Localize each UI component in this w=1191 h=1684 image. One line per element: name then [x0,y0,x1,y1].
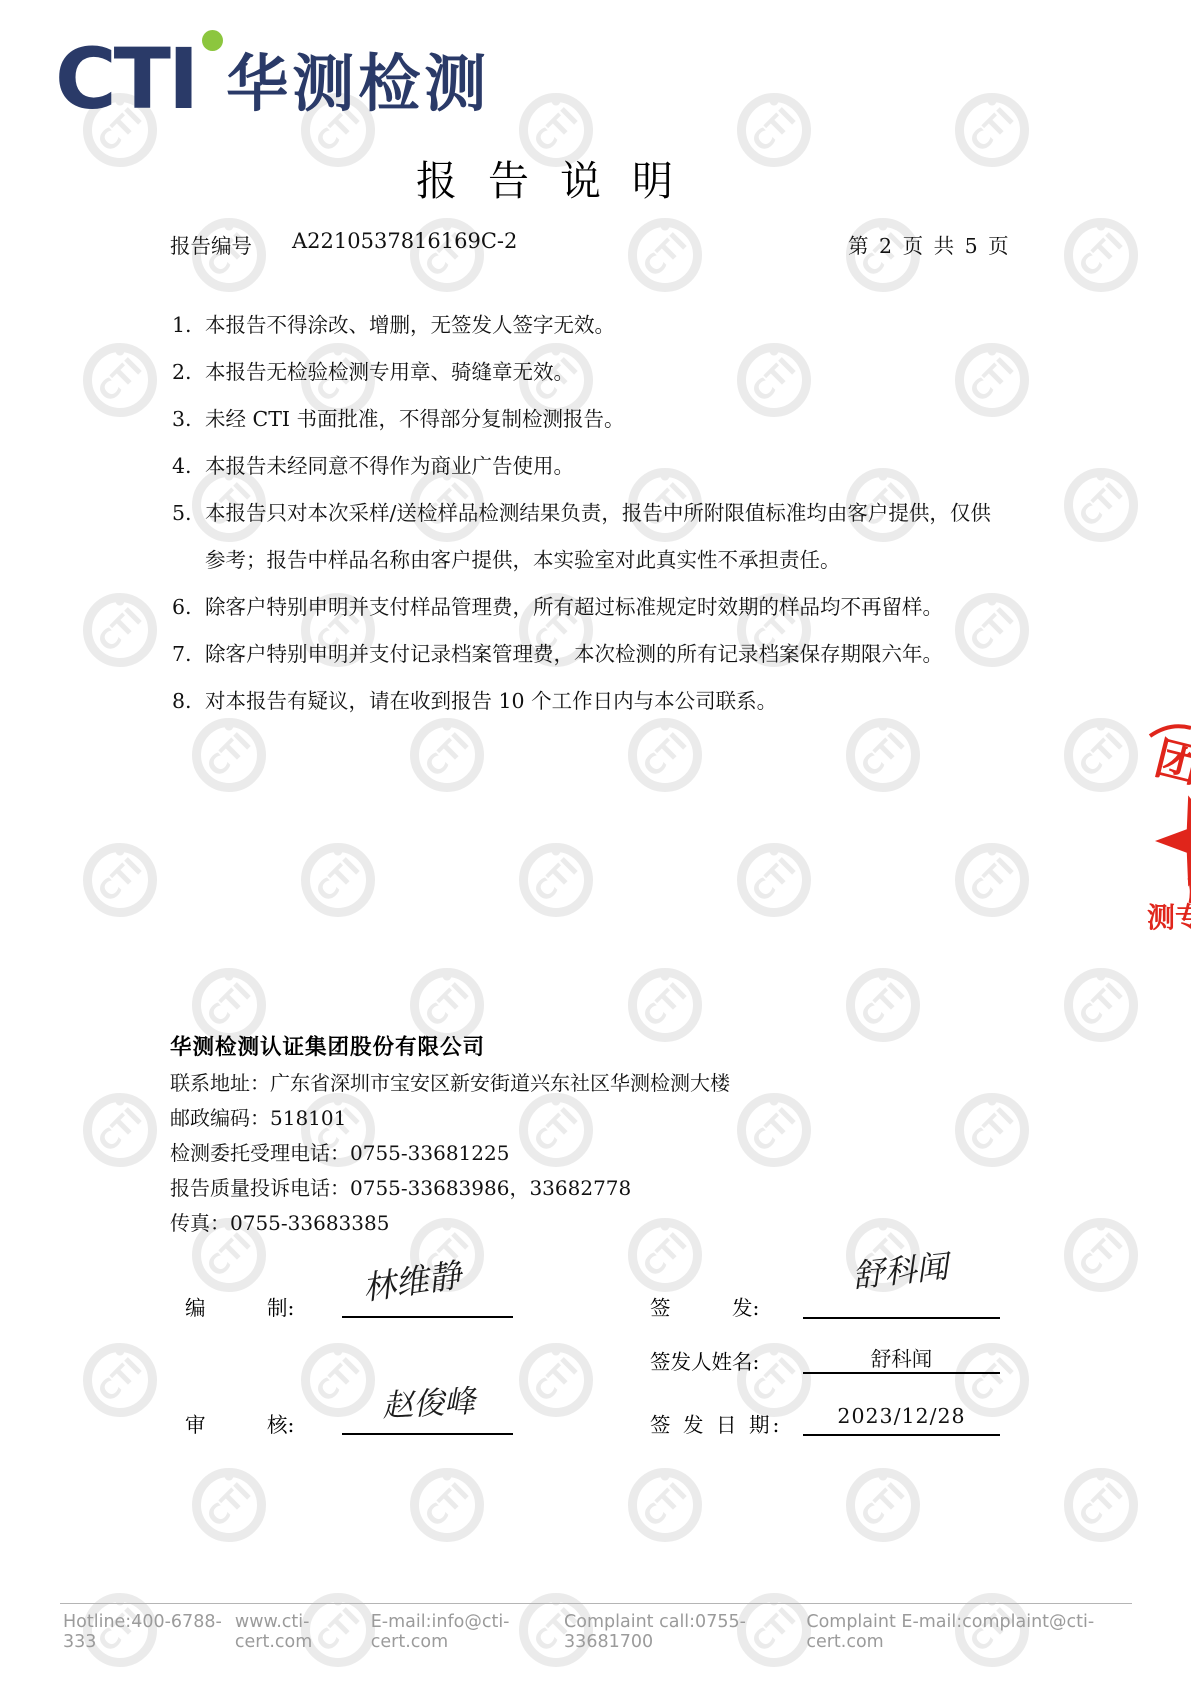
footer: Hotline:400-6788-333 www.cti-cert.com E-… [63,1612,1133,1652]
issuer-name-value: 舒科闻 [803,1342,1000,1372]
prepared-by-label: 编 制: [185,1291,294,1321]
cti-watermark-icon: CTI [68,828,173,933]
cti-watermark-icon: CTI [68,1078,173,1183]
cti-watermark-icon: CTI [1049,703,1154,808]
report-no-value: A2210537816169C-2 [292,229,517,253]
cti-watermark-icon: CTI [504,1328,609,1433]
note-item: 3. 未经 CTI 书面批准，不得部分复制检测报告。 [172,396,1042,443]
note-number: 3. [172,396,205,443]
issue-date-line [803,1434,1000,1436]
cti-logo-text: CTI [55,35,196,123]
note-text: 未经 CTI 书面批准，不得部分复制检测报告。 [205,396,625,443]
note-number: 7. [172,631,205,678]
note-item: 6. 除客户特别申明并支付样品管理费，所有超过标准规定时效期的样品均不再留样。 [172,584,1042,631]
issued-signature-line [803,1317,1000,1319]
note-number: 1. [172,302,205,349]
note-number: 8. [172,678,205,725]
cti-watermark-icon: CTI [286,1328,391,1433]
company-contact-line: 报告质量投诉电话：0755-33683986，33682778 [170,1171,730,1206]
company-contact-block: 联系地址：广东省深圳市宝安区新安街道兴东社区华测检测大楼 邮政编码：518101… [170,1066,730,1241]
cti-logo: CTI 华测检测 [55,34,490,123]
issuer-name-line [803,1372,1000,1374]
cti-watermark-icon: CTI [831,1453,936,1558]
cti-watermark-icon: CTI [940,828,1045,933]
note-item: 4. 本报告未经同意不得作为商业广告使用。 [172,443,1042,490]
note-text: 除客户特别申明并支付记录档案管理费，本次检测的所有记录档案保存期限六年。 [205,631,943,678]
footer-divider [60,1603,1132,1604]
note-text: 本报告不得涂改、增删，无签发人签字无效。 [205,302,615,349]
note-text: 本报告只对本次采样/送检样品检测结果负责，报告中所附限值标准均由客户提供，仅供 … [205,490,991,584]
prepared-signature-line [342,1316,513,1318]
company-contact-line: 联系地址：广东省深圳市宝安区新安街道兴东社区华测检测大楼 [170,1066,730,1101]
cti-watermark-icon: CTI [613,953,718,1058]
note-item: 2. 本报告无检验检测专用章、骑缝章无效。 [172,349,1042,396]
cti-watermark-icon: CTI [722,1078,827,1183]
cti-watermark-icon: CTI [613,1453,718,1558]
note-text: 本报告未经同意不得作为商业广告使用。 [205,443,574,490]
footer-item: E-mail:info@cti-cert.com [371,1612,564,1652]
cti-watermark-icon: CTI [831,953,936,1058]
report-page: CTICTICTICTICTICTICTICTICTICTICTICTICTIC… [0,0,1191,1684]
cti-watermark-icon: CTI [1049,953,1154,1058]
red-seal-stamp: 团 测专 [1146,718,1191,938]
issuer-name-label: 签发人姓名: [650,1345,759,1375]
note-text: 本报告无检验检测专用章、骑缝章无效。 [205,349,574,396]
note-number: 4. [172,443,205,490]
cti-watermark-icon: CTI [504,828,609,933]
cti-watermark-icon: CTI [1049,203,1154,308]
note-text: 对本报告有疑议，请在收到报告 10 个工作日内与本公司联系。 [205,678,777,725]
report-no-label: 报告编号 [170,229,252,259]
note-item: 8. 对本报告有疑议，请在收到报告 10 个工作日内与本公司联系。 [172,678,1042,725]
footer-item: Hotline:400-6788-333 [63,1612,235,1652]
issued-by-label: 签 发: [650,1291,759,1321]
cti-watermark-icon: CTI [395,1453,500,1558]
cti-watermark-icon: CTI [1049,453,1154,558]
cti-watermark-icon: CTI [1049,1453,1154,1558]
note-number: 5. [172,490,205,584]
cti-watermark-icon: CTI [940,78,1045,183]
page-indicator: 第 2 页 共 5 页 [848,229,1011,259]
green-dot-icon [202,30,223,51]
company-contact-line: 邮政编码：518101 [170,1101,730,1136]
issue-date-label: 签 发 日 期: [650,1408,782,1438]
note-item: 5. 本报告只对本次采样/送检样品检测结果负责，报告中所附限值标准均由客户提供，… [172,490,1042,584]
seal-chars-bottom: 测专 [1147,901,1191,934]
cti-watermark-icon: CTI [613,203,718,308]
cti-watermark-icon: CTI [68,328,173,433]
cti-watermark-icon: CTI [177,1453,282,1558]
cti-watermark-icon: CTI [68,1328,173,1433]
notes-list: 1. 本报告不得涂改、增删，无签发人签字无效。 2. 本报告无检验检测专用章、骑… [172,302,1042,725]
cti-watermark-icon: CTI [286,828,391,933]
issue-date-value: 2023/12/28 [803,1404,1000,1428]
company-name: 华测检测认证集团股份有限公司 [170,1030,485,1061]
cti-watermark-icon: CTI [722,828,827,933]
page-title: 报告说明 [170,148,950,207]
cti-logo-chinese: 华测检测 [226,34,490,123]
footer-item: www.cti-cert.com [235,1612,371,1652]
note-number: 2. [172,349,205,396]
seal-char-top: 团 [1149,731,1191,793]
company-contact-line: 检测委托受理电话：0755-33681225 [170,1136,730,1171]
cti-watermark-icon: CTI [1049,1203,1154,1308]
note-item: 1. 本报告不得涂改、增删，无签发人签字无效。 [172,302,1042,349]
reviewed-by-label: 审 核: [185,1408,294,1438]
cti-watermark-icon: CTI [68,578,173,683]
note-number: 6. [172,584,205,631]
footer-item: Complaint call:0755-33681700 [564,1612,806,1652]
footer-item: Complaint E-mail:complaint@cti-cert.com [806,1612,1133,1652]
reviewed-signature-line [342,1433,513,1435]
company-contact-line: 传真：0755-33683385 [170,1206,730,1241]
reviewed-signature: 赵俊峰 [381,1376,476,1426]
seal-star-icon [1155,795,1191,886]
cti-watermark-icon: CTI [395,203,500,308]
note-text: 除客户特别申明并支付样品管理费，所有超过标准规定时效期的样品均不再留样。 [205,584,943,631]
cti-watermark-icon: CTI [940,1078,1045,1183]
note-item: 7. 除客户特别申明并支付记录档案管理费，本次检测的所有记录档案保存期限六年。 [172,631,1042,678]
